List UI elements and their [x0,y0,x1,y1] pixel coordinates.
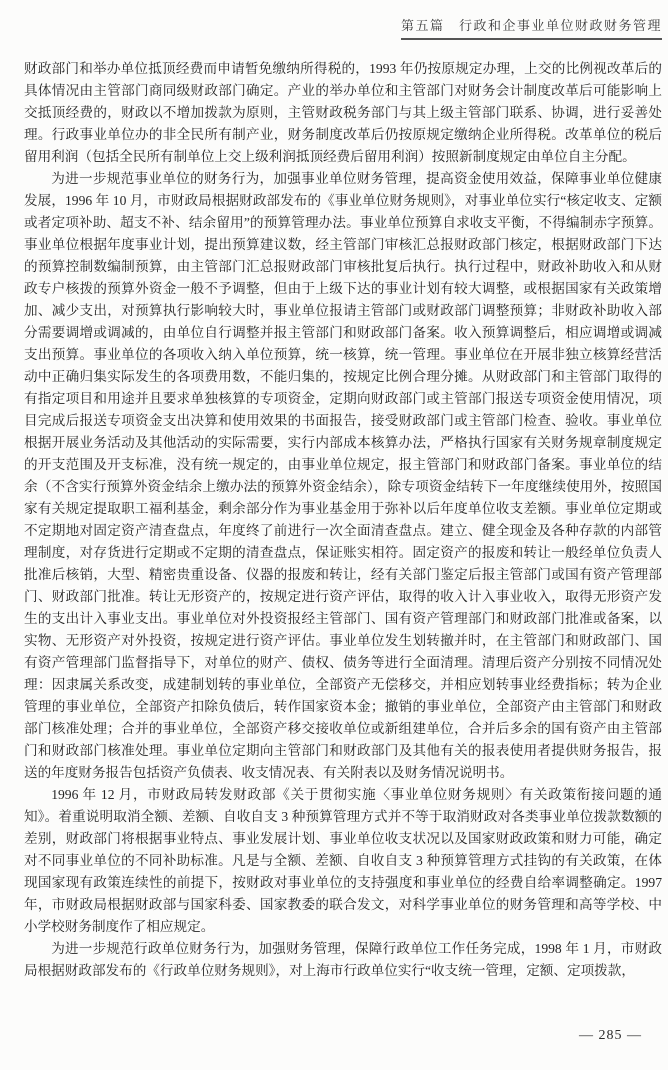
paragraph: 为进一步规范行政单位财务行为，加强财务管理，保障行政单位工作任务完成，1998 … [24,938,662,982]
document-page: 第五篇 行政和企事业单位财政财务管理 财政部门和举办单位抵顶经费而申请暂免缴纳所… [0,0,668,1070]
page-number: — 285 — [579,1028,642,1044]
body-text: 财政部门和举办单位抵顶经费而申请暂免缴纳所得税的，1993 年仍按原规定办理，上… [24,58,662,982]
paragraph: 1996 年 12 月，市财政局转发财政部《关于贯彻实施〈事业单位财务规则〉有关… [24,784,662,938]
paragraph: 财政部门和举办单位抵顶经费而申请暂免缴纳所得税的，1993 年仍按原规定办理，上… [24,58,662,168]
running-head: 第五篇 行政和企事业单位财政财务管理 [401,15,662,40]
paragraph: 为进一步规范事业单位的财务行为，加强事业单位财务管理，提高资金使用效益，保障事业… [24,168,662,784]
